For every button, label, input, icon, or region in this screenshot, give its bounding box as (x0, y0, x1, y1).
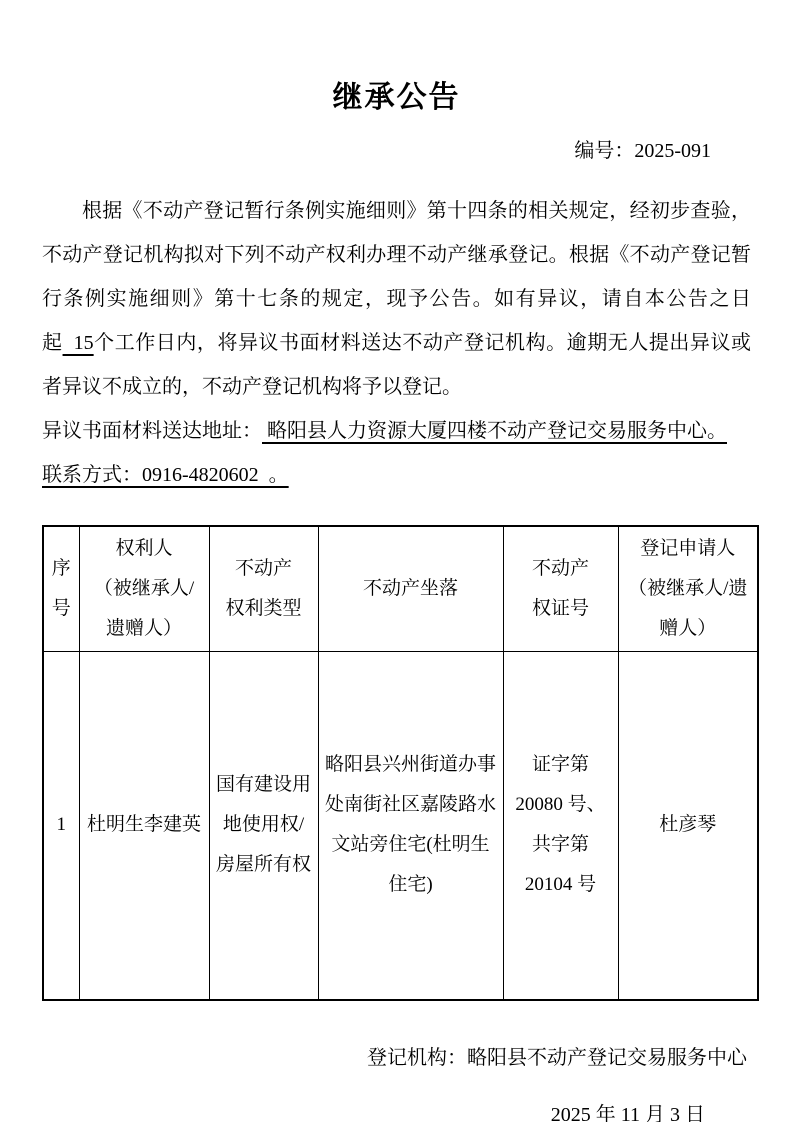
cell-location: 略阳县兴州街道办事处南街社区嘉陵路水文站旁住宅(杜明生住宅) (318, 652, 503, 1000)
address-line: 异议书面材料送达地址： 略阳县人力资源大厦四楼不动产登记交易服务中心。 (42, 409, 751, 453)
address-label: 异议书面材料送达地址： (42, 420, 262, 442)
registration-org: 登记机构：略阳县不动产登记交易服务中心 (42, 1041, 751, 1070)
table-row: 1 杜明生李建英 国有建设用地使用权/房屋所有权 略阳县兴州街道办事处南街社区嘉… (43, 652, 758, 1000)
cell-cert-no: 证字第 20080 号、共字第 20104 号 (503, 652, 618, 1000)
col-header-location: 不动产坐落 (318, 526, 503, 652)
announcement-page: 继承公告 编号：2025-091 根据《不动产登记暂行条例实施细则》第十四条的相… (0, 0, 793, 1122)
body-text-before: 根据《不动产登记暂行条例实施细则》第十四条的相关规定，经初步查验，不动产登记机构… (42, 200, 751, 354)
col-header-applicant: 登记申请人（被继承人/遗赠人） (618, 526, 758, 652)
property-table: 序 号 权利人 （被继承人/遗赠人） 不动产 权利类型 不动产坐落 不动产 权证… (42, 525, 759, 1001)
page-title: 继承公告 (42, 0, 751, 116)
cell-applicant: 杜彦琴 (618, 652, 758, 1000)
objection-days-value: 15 (63, 332, 94, 354)
cell-index: 1 (43, 652, 79, 1000)
address-value: 略阳县人力资源大厦四楼不动产登记交易服务中心。 (262, 420, 727, 442)
cell-owner: 杜明生李建英 (79, 652, 209, 1000)
col-header-right-type: 不动产 权利类型 (209, 526, 318, 652)
cell-right-type: 国有建设用地使用权/房屋所有权 (209, 652, 318, 1000)
col-header-owner: 权利人 （被继承人/遗赠人） (79, 526, 209, 652)
body-text-after: 个工作日内，将异议书面材料送达不动产登记机构。逾期无人提出异议或者异议不成立的，… (42, 332, 751, 398)
col-header-index: 序 号 (43, 526, 79, 652)
contact-line: 联系方式：0916-4820602 。 (42, 453, 751, 497)
doc-number: 编号：2025-091 (42, 134, 751, 163)
contact-value: 联系方式：0916-4820602 。 (42, 464, 289, 486)
table-header-row: 序 号 权利人 （被继承人/遗赠人） 不动产 权利类型 不动产坐落 不动产 权证… (43, 526, 758, 652)
announcement-date: 2025 年 11 月 3 日 (42, 1098, 751, 1122)
col-header-cert-no: 不动产 权证号 (503, 526, 618, 652)
body-paragraph: 根据《不动产登记暂行条例实施细则》第十四条的相关规定，经初步查验，不动产登记机构… (42, 189, 751, 409)
